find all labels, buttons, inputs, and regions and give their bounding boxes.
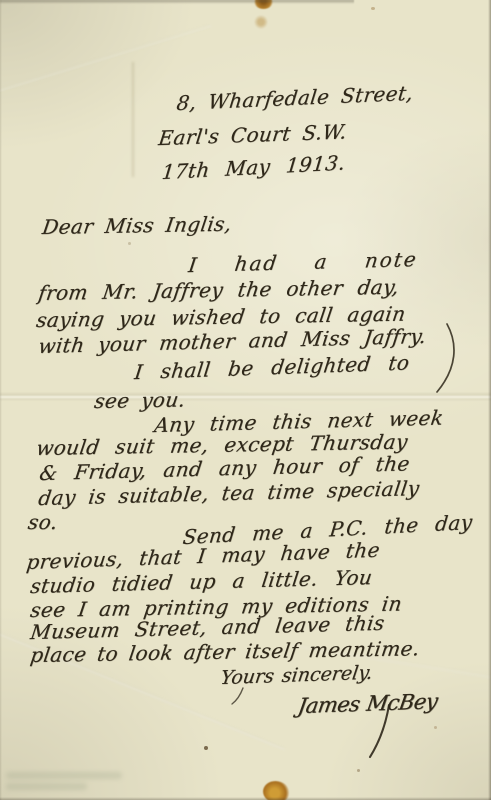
body-line: I shall be delighted to xyxy=(133,351,411,384)
foxing-speck xyxy=(371,7,375,10)
date-line: 17th May 1913. xyxy=(161,151,347,184)
address-line-1: 8, Wharfedale Street, xyxy=(175,82,414,115)
signature: James McBey xyxy=(296,689,439,718)
flourish-stroke-jaffry-descender xyxy=(437,324,454,392)
address-line-2: Earl's Court S.W. xyxy=(157,120,348,150)
diagonal-crease-top-left xyxy=(0,24,211,94)
ghost-impression-mark xyxy=(6,783,87,790)
stain-top-faint xyxy=(254,15,268,29)
stain-bottom xyxy=(263,781,289,800)
letter-scan: 8, Wharfedale Street, Earl's Court S.W. … xyxy=(0,0,491,800)
salutation: Dear Miss Inglis, xyxy=(41,213,233,239)
foxing-speck xyxy=(204,746,208,750)
stain-top-dark xyxy=(254,0,273,9)
ghost-impression-mark xyxy=(6,772,122,779)
body-line: see you. xyxy=(93,388,187,413)
closing: Yours sincerely. xyxy=(219,663,374,690)
horizontal-fold-crease xyxy=(0,392,491,401)
paper-edge-top xyxy=(0,0,354,4)
paper-edge-left xyxy=(0,0,2,800)
flourish-stroke-closing-descender xyxy=(232,688,243,704)
ghost-impression xyxy=(6,772,122,796)
vertical-wrinkle xyxy=(132,62,134,177)
body-line: from Mr. Jaffrey the other day, xyxy=(37,276,401,305)
body-line: I had a note xyxy=(187,248,419,277)
foxing-speck xyxy=(357,769,360,772)
foxing-speck xyxy=(434,726,437,729)
body-line: so. xyxy=(26,511,59,534)
foxing-speck xyxy=(128,242,131,245)
